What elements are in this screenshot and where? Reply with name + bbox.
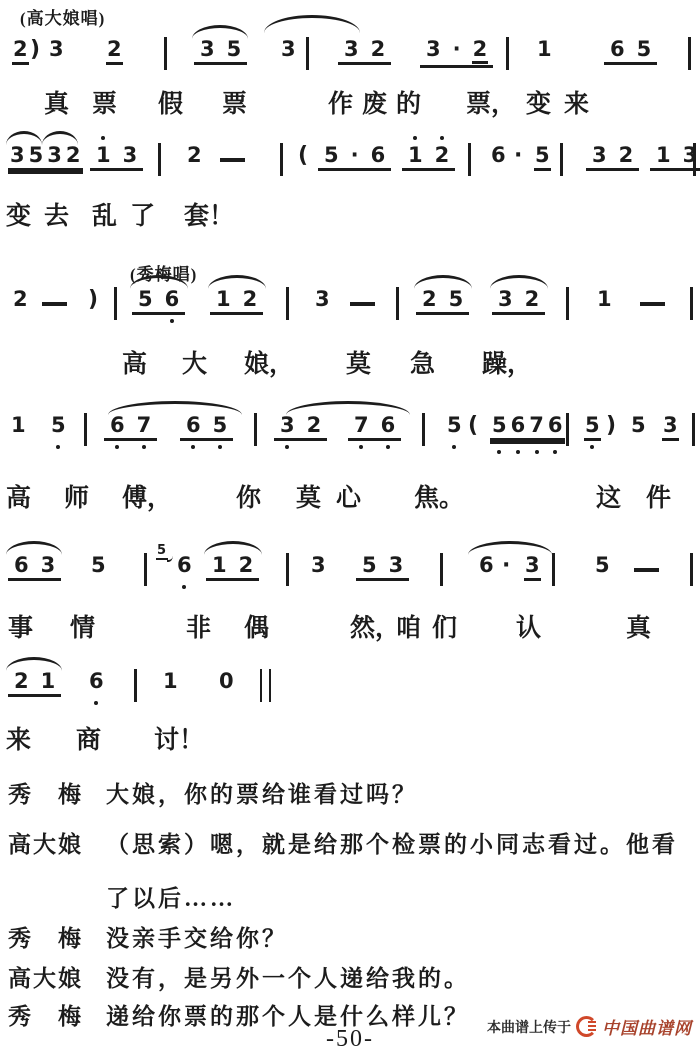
- note-digit: 5: [323, 144, 340, 167]
- lyric-row: 真票假票作废的票，变来: [0, 84, 700, 114]
- note-digit: 6: [478, 554, 495, 577]
- lyric-syllable: 们: [432, 608, 457, 644]
- paren: ·: [502, 553, 510, 578]
- lyric-syllable: 讨！: [154, 720, 204, 756]
- octave-dot-above: [101, 136, 105, 140]
- note: 3: [48, 38, 65, 61]
- note-group: 76: [348, 414, 401, 441]
- note-digit: 2: [13, 670, 30, 693]
- note: 6: [176, 554, 193, 577]
- lyric-syllable: 高: [6, 478, 31, 514]
- lyric-syllable: 然，: [350, 608, 400, 644]
- octave-dot-below: [170, 319, 174, 323]
- note-digit: 7: [353, 414, 370, 437]
- lyric-syllable: 莫: [296, 478, 321, 514]
- paren: ): [606, 413, 616, 438]
- octave-dot-below: [285, 445, 289, 449]
- note-digit: 3: [199, 38, 216, 61]
- lyric-row: 事情非偶然，咱们认真: [0, 608, 700, 638]
- note-body: 3: [280, 38, 297, 61]
- lyric-syllable: 师: [64, 478, 89, 514]
- lyric-row: 来商讨！: [0, 720, 700, 750]
- opera-role-label: (高大娘唱): [20, 4, 105, 29]
- lyric-syllable: 认: [516, 608, 541, 644]
- note-group: 65: [180, 414, 233, 441]
- lyric-syllable: 娘，: [244, 344, 294, 380]
- grace-note: 5: [156, 543, 168, 560]
- octave-dot-below: [553, 450, 557, 454]
- octave-dot-below: [516, 450, 520, 454]
- lyric-syllable: 假: [158, 84, 183, 120]
- octave-dot-below: [386, 445, 390, 449]
- note-group: 3532: [8, 144, 83, 171]
- note-digit: 5: [226, 38, 243, 61]
- note-group: 65: [604, 38, 657, 65]
- octave-dot-below: [218, 445, 222, 449]
- note-digit: 6: [109, 414, 126, 437]
- note-body: 2: [186, 144, 203, 167]
- note: 0: [218, 670, 235, 693]
- note-group: 21: [8, 670, 61, 697]
- paren: ): [30, 37, 40, 62]
- note-body: 6: [478, 554, 495, 577]
- note: 2: [106, 38, 123, 65]
- note-digit: 3: [591, 144, 608, 167]
- note-body: 6: [176, 554, 193, 577]
- lyric-syllable: 票: [92, 84, 117, 120]
- note-group: 32: [274, 414, 327, 441]
- octave-dot-below: [182, 585, 186, 589]
- bar-line: [506, 37, 509, 70]
- bar-line: [164, 37, 167, 70]
- note-digit: 6: [370, 144, 387, 167]
- final-bar-line: [260, 669, 271, 702]
- note: 3: [314, 288, 331, 311]
- paren: (: [298, 143, 308, 168]
- lyric-syllable: 莫: [346, 344, 371, 380]
- note-digit: 2: [524, 288, 541, 311]
- bar-line: [396, 287, 399, 320]
- octave-dot-below: [535, 450, 539, 454]
- bar-line: [693, 143, 696, 176]
- lyric-syllable: 来: [564, 84, 589, 120]
- lyric-syllable: 高: [122, 344, 147, 380]
- octave-dot-above: [440, 136, 444, 140]
- note-digit: 5: [446, 414, 463, 437]
- note-digit: 5: [630, 414, 647, 437]
- note-body: 3: [524, 554, 541, 581]
- bar-line: [552, 553, 555, 586]
- note-digit: ·: [350, 144, 360, 167]
- note-digit: 3: [524, 554, 541, 577]
- note-digit: 2: [618, 144, 635, 167]
- note-digit: 5: [137, 288, 154, 311]
- lyric-row: 高师傅，你莫心焦。这件: [0, 478, 700, 508]
- lyric-syllable: 变: [6, 196, 31, 232]
- lyric-syllable: 心: [336, 478, 361, 514]
- bar-line: [306, 37, 309, 70]
- note-body: 6: [88, 670, 105, 693]
- watermark-prefix: 本曲谱上传于: [487, 1017, 571, 1037]
- note-body: 3: [314, 288, 331, 311]
- lyric-syllable: 急: [410, 344, 435, 380]
- note-group: 12: [402, 144, 455, 171]
- note-digit: 2: [421, 288, 438, 311]
- lyric-syllable: 情: [70, 608, 95, 644]
- note-group: 13: [90, 144, 143, 171]
- note: 5: [584, 414, 601, 441]
- lyric-syllable: 变: [526, 84, 551, 120]
- note-digit: 2: [242, 288, 259, 311]
- lyric-syllable: 这: [596, 478, 621, 514]
- note: 2: [186, 144, 203, 167]
- note-digit: 1: [407, 144, 424, 167]
- lyric-syllable: 傅，: [122, 478, 172, 514]
- note-group: 35: [194, 38, 247, 65]
- note-body: 6: [490, 144, 507, 167]
- note-group: 63: [8, 554, 61, 581]
- note-group: 12: [206, 554, 259, 581]
- note-digit: 3: [343, 38, 360, 61]
- note-digit: 1: [655, 144, 672, 167]
- note: 2: [12, 38, 29, 65]
- note-body: 3: [310, 554, 327, 577]
- note-digit: 5: [448, 288, 465, 311]
- dialogue-text: 了以后……: [106, 880, 236, 913]
- dialogue-speaker: 高大娘: [8, 826, 83, 859]
- music-line: 63556123536·35: [0, 538, 700, 608]
- note-group: 53: [356, 554, 409, 581]
- note-digit: 6: [176, 554, 193, 577]
- music-line: 15676532765(56765)53: [0, 398, 700, 468]
- note-body: 1: [10, 414, 27, 437]
- lyric-syllable: 真: [44, 84, 69, 120]
- note: 5: [630, 414, 647, 437]
- note-digit: 7: [528, 414, 545, 437]
- note-digit: 2: [434, 144, 451, 167]
- note-digit: 2: [306, 414, 323, 437]
- note-digit: 5: [584, 414, 601, 437]
- note-digit: 5: [361, 554, 378, 577]
- lyric-syllable: 焦。: [414, 478, 464, 514]
- note-digit: 0: [218, 670, 235, 693]
- bar-line: [566, 287, 569, 320]
- bar-line: [280, 143, 283, 176]
- bar-line: [114, 287, 117, 320]
- note-digit: 3: [40, 554, 57, 577]
- lyric-syllable: 作: [328, 84, 353, 120]
- note-digit: 2: [186, 144, 203, 167]
- note-group: 32: [492, 288, 545, 315]
- bar-line: [286, 553, 289, 586]
- note-digit: ·: [452, 38, 462, 64]
- note-digit: 7: [136, 414, 153, 437]
- note-body: 2: [12, 38, 29, 65]
- note-digit: 3: [662, 414, 679, 437]
- note-digit: 5: [212, 414, 229, 437]
- lyric-row: 高大娘，莫急躁，: [0, 344, 700, 374]
- note-digit: 2: [65, 144, 82, 167]
- lyric-syllable: 事: [8, 608, 33, 644]
- note-digit: 3: [388, 554, 405, 577]
- bar-line: [286, 287, 289, 320]
- note: 5: [50, 414, 67, 437]
- note-digit: 5: [636, 38, 653, 61]
- note: 5: [534, 144, 551, 171]
- paren: ): [88, 287, 98, 312]
- note-body: 3: [48, 38, 65, 61]
- octave-dot-below: [497, 450, 501, 454]
- note-digit: 6: [490, 144, 507, 167]
- note-body: 1: [536, 38, 553, 61]
- note-body: 0: [218, 670, 235, 693]
- dash-rest: [42, 302, 67, 306]
- note-digit: 1: [596, 288, 613, 311]
- note: 3: [280, 38, 297, 61]
- note-digit: 2: [370, 38, 387, 61]
- note-digit: 6: [13, 554, 30, 577]
- lyric-syllable: 票，: [466, 84, 516, 120]
- note-digit: 3: [314, 288, 331, 311]
- note-digit: 2: [472, 38, 489, 64]
- note-digit: 3: [9, 144, 26, 167]
- bar-line: [134, 669, 137, 702]
- note-body: 5: [446, 414, 463, 437]
- music-line: (秀梅唱)2)5612325321: [0, 272, 700, 342]
- lyric-syllable: 躁，: [482, 344, 532, 380]
- lyric-syllable: 乱: [92, 196, 117, 232]
- lyric-syllable: 件: [646, 478, 671, 514]
- note: 1: [596, 288, 613, 311]
- note: 3: [524, 554, 541, 581]
- note: 3: [662, 414, 679, 441]
- note-group: 5676: [490, 414, 565, 441]
- note-digit: 2: [238, 554, 255, 577]
- note-body: 5: [50, 414, 67, 437]
- note-digit: 6: [380, 414, 397, 437]
- dialogue-speaker: 秀 梅: [8, 776, 83, 809]
- lyric-syllable: 了: [130, 196, 155, 232]
- note-digit: 3: [310, 554, 327, 577]
- octave-dot-below: [191, 445, 195, 449]
- site-logo-icon: [576, 1016, 597, 1037]
- note-digit: 6: [164, 288, 181, 311]
- note-body: 5: [630, 414, 647, 437]
- note-group: 3·2: [420, 38, 493, 68]
- note: 5: [594, 554, 611, 577]
- lyric-syllable: 真: [626, 608, 651, 644]
- bar-line: [566, 413, 569, 446]
- note-digit: 6: [510, 414, 527, 437]
- note-body: 2: [106, 38, 123, 65]
- lyric-syllable: 非: [186, 608, 211, 644]
- note-group: 56: [132, 288, 185, 315]
- site-name: 中国曲谱网: [602, 1014, 692, 1039]
- note-digit: 2: [12, 288, 29, 311]
- lyric-syllable: 套！: [184, 196, 234, 232]
- note-digit: 1: [40, 670, 57, 693]
- note-digit: 5: [50, 414, 67, 437]
- note-body: 5: [90, 554, 107, 577]
- note-digit: 3: [280, 38, 297, 61]
- octave-dot-below: [590, 445, 594, 449]
- lyric-syllable: 大: [182, 344, 207, 380]
- note-digit: 1: [10, 414, 27, 437]
- note-body: 2: [12, 288, 29, 311]
- note-digit: 6: [609, 38, 626, 61]
- dash-rest: [640, 302, 665, 306]
- bar-line: [468, 143, 471, 176]
- dash-rest: [350, 302, 375, 306]
- bar-line: [690, 287, 693, 320]
- slur-arc: [264, 15, 360, 33]
- bar-line: [158, 143, 161, 176]
- note-digit: 1: [211, 554, 228, 577]
- note: 1: [162, 670, 179, 693]
- music-line: 21610: [0, 654, 700, 724]
- dialogue-speaker: 高大娘: [8, 960, 83, 993]
- note: 6: [88, 670, 105, 693]
- note-group: 25: [416, 288, 469, 315]
- note-digit: 3: [122, 144, 139, 167]
- lyric-syllable: 偶: [244, 608, 269, 644]
- dialogue-text: 没亲手交给你？: [106, 920, 288, 953]
- note-body: 3: [662, 414, 679, 441]
- lyric-syllable: 商: [76, 720, 101, 756]
- bar-line: [692, 413, 695, 446]
- bar-line: [422, 413, 425, 446]
- note-group: 32: [338, 38, 391, 65]
- note: 6: [478, 554, 495, 577]
- bar-line: [560, 143, 563, 176]
- note-digit: 5: [594, 554, 611, 577]
- lyric-syllable: 废: [362, 84, 387, 120]
- note-digit: 2: [12, 38, 29, 61]
- note: 3: [310, 554, 327, 577]
- lyric-syllable: 的: [396, 84, 421, 120]
- note-digit: 3: [497, 288, 514, 311]
- note-body: 5: [534, 144, 551, 171]
- lyric-syllable: 来: [6, 720, 31, 756]
- note-digit: 3: [48, 38, 65, 61]
- dialogue-text: （思索）嗯，就是给那个检票的小同志看过。他看: [106, 826, 678, 859]
- note: 5: [446, 414, 463, 437]
- octave-dot-above: [413, 136, 417, 140]
- paren: ·: [514, 143, 522, 168]
- lyric-syllable: 咱: [396, 608, 421, 644]
- note-group: 5·6: [318, 144, 391, 171]
- jianpu-score-page: (高大娘唱)2)32353323·2165真票假票作废的票，变来3532132(…: [0, 0, 700, 1058]
- note: 5: [90, 554, 107, 577]
- octave-dot-below: [56, 445, 60, 449]
- note-digit: 3: [682, 144, 699, 167]
- note: 6: [490, 144, 507, 167]
- octave-dot-below: [94, 701, 98, 705]
- paren: (: [468, 413, 478, 438]
- bar-line: [688, 37, 691, 70]
- note-digit: 5: [491, 414, 508, 437]
- note-digit: 6: [185, 414, 202, 437]
- note-digit: 6: [547, 414, 564, 437]
- note-body: 1: [162, 670, 179, 693]
- note: 1: [536, 38, 553, 61]
- note-group: 32: [586, 144, 639, 171]
- octave-dot-below: [452, 445, 456, 449]
- octave-dot-below: [142, 445, 146, 449]
- watermark: 本曲谱上传于 中国曲谱网: [487, 1014, 692, 1039]
- note-digit: 5: [90, 554, 107, 577]
- lyric-row: 变去乱了套！: [0, 196, 700, 226]
- dialogue-text: 大娘，你的票给谁看过吗？: [106, 776, 418, 809]
- note-digit: 3: [279, 414, 296, 437]
- dialogue-speaker: 秀 梅: [8, 920, 83, 953]
- note-digit: 5: [28, 144, 45, 167]
- lyric-syllable: 你: [236, 478, 261, 514]
- note-body: 1: [596, 288, 613, 311]
- note-digit: 3: [46, 144, 63, 167]
- bar-line: [144, 553, 147, 586]
- bar-line: [440, 553, 443, 586]
- octave-dot-below: [115, 445, 119, 449]
- note-digit: 6: [88, 670, 105, 693]
- dialogue-text: 没有，是另外一个人递给我的。: [106, 960, 470, 993]
- bar-line: [690, 553, 693, 586]
- music-line: 3532132(5·6126·53213: [0, 128, 700, 198]
- note-body: 5: [584, 414, 601, 441]
- note-body: 5: [594, 554, 611, 577]
- note-digit: 3: [425, 38, 442, 64]
- lyric-syllable: 票: [222, 84, 247, 120]
- note-digit: 2: [106, 38, 123, 61]
- note: 1: [10, 414, 27, 437]
- lyric-syllable: 去: [44, 196, 69, 232]
- dash-rest: [634, 568, 659, 572]
- note-digit: 1: [536, 38, 553, 61]
- note-group: 12: [210, 288, 263, 315]
- music-line: (高大娘唱)2)32353323·2165: [0, 22, 700, 92]
- bar-line: [84, 413, 87, 446]
- bar-line: [254, 413, 257, 446]
- note-digit: 1: [215, 288, 232, 311]
- note-digit: 5: [534, 144, 551, 167]
- note-group: 67: [104, 414, 157, 441]
- dash-rest: [220, 158, 245, 162]
- note-digit: 1: [95, 144, 112, 167]
- octave-dot-below: [359, 445, 363, 449]
- note-digit: 1: [162, 670, 179, 693]
- note: 2: [12, 288, 29, 311]
